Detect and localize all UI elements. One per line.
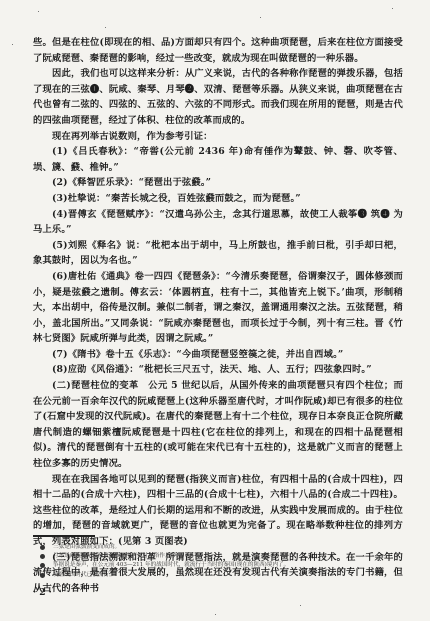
paragraph-analysis: 因此，我们也可以这样来分析：从广义来说，古代的各种称作琵琶的弹拨乐器，包括了现在…: [33, 66, 403, 128]
section-2-heading: (二)琵琶柱位的变革: [52, 380, 139, 391]
scan-speck: [392, 8, 393, 9]
paragraph-citations-intro: 现在再列举古说数则，作为参考引证：: [33, 129, 403, 145]
footnote-marker-icon: [40, 554, 45, 559]
citation-1: (1)《吕氏春秋》：“帝喾(公元前 2436 年)命有倕作为鼙鼓、钟、磬、吹苓管…: [33, 144, 403, 175]
footnote-marker-icon: [40, 545, 45, 550]
footnote-3: 筝据说是秦声，在公元前 403—211 年的战国时代，就流行于当时的秦国(现在的…: [40, 561, 400, 570]
scan-speck: [310, 45, 311, 46]
footnotes: 三弦是由弦鼗演变而成的。 月琴是由阮咸琵琶演变而成，至唐代时，俗作月琴。 筝据说…: [40, 543, 400, 580]
citation-3: (3)杜挚说：“秦苦长城之役，百姓弦鼗而鼓之，而为琵琶。”: [33, 191, 403, 207]
citation-7: (7)《隋书》卷十五《乐志》：“今曲项琵琶竖箜篌之徒，并出自西域。”: [33, 347, 403, 363]
section-2-text: 公元 5 世纪以后，从国外传来的曲项琵琶只有四个柱位；而在公元前一百余年汉代的阮…: [33, 380, 403, 469]
scan-speck: [300, 605, 301, 606]
footnote-1: 三弦是由弦鼗演变而成的。: [40, 543, 400, 552]
page-number: · 2 ·: [33, 588, 52, 598]
paragraph-fret-positions: 现在在我国各地可以见到的琵琶(指狭义而言)柱位，有四相十品的(合成十四柱)，四相…: [33, 472, 403, 550]
footnote-marker-icon: [40, 563, 45, 568]
footnote-2: 月琴是由阮咸琵琶演变而成，至唐代时，俗作月琴。: [40, 552, 400, 561]
scan-speck: [105, 27, 106, 28]
citation-6: (6)唐杜佑《通典》卷一四四《琵琶条》：“今清乐奏琵琶，俗谓秦汉子，圆体修颈而小…: [33, 269, 403, 347]
citation-4: (4)晋傅玄《琵琶赋序》：“汉遣乌孙公主，念其行道思慕，故使工人裁筝❸ 筑❹ 为…: [33, 207, 403, 238]
footnote-text: 筑在战国时代已很流行。: [53, 571, 115, 580]
footnote-text: 月琴是由阮咸琵琶演变而成，至唐代时，俗作月琴。: [53, 552, 182, 561]
scan-speck: [12, 44, 13, 45]
body-text: 些。但是在柱位(即现在的相、品)方面却只有四个。这种曲项琵琶，后来在柱位方面接受…: [33, 35, 403, 596]
footnote-divider: [33, 535, 95, 537]
citation-2: (2)《释智匠乐录》：“琵琶出于弦鼗。”: [33, 175, 403, 191]
footnote-text: 三弦是由弦鼗演变而成的。: [53, 543, 120, 552]
scan-speck: [260, 17, 261, 18]
section-2: (二)琵琶柱位的变革 公元 5 世纪以后，从国外传来的曲项琵琶只有四个柱位；而在…: [33, 378, 403, 472]
footnote-4: 筑在战国时代已很流行。: [40, 571, 400, 580]
citation-5: (5)刘熙《释名》说：“枇杷本出于胡中，马上所鼓也，推手前曰枇，引手却曰杷，象其…: [33, 238, 403, 269]
footnote-marker-icon: [40, 573, 45, 578]
footnote-text: 筝据说是秦声，在公元前 403—211 年的战国时代，就流行于当时的秦国(现在的…: [53, 561, 289, 570]
paragraph-continuation: 些。但是在柱位(即现在的相、品)方面却只有四个。这种曲项琵琶，后来在柱位方面接受…: [33, 35, 403, 66]
scan-speck: [380, 560, 381, 561]
scan-speck: [38, 11, 39, 12]
scanned-book-page: 些。但是在柱位(即现在的相、品)方面却只有四个。这种曲项琵琶，后来在柱位方面接受…: [0, 0, 430, 621]
citation-8: (8)应劭《风俗通》：“枇杷长三尺五寸，法天、地、人、五行；四弦象四时。”: [33, 362, 403, 378]
scan-speck: [215, 614, 216, 615]
